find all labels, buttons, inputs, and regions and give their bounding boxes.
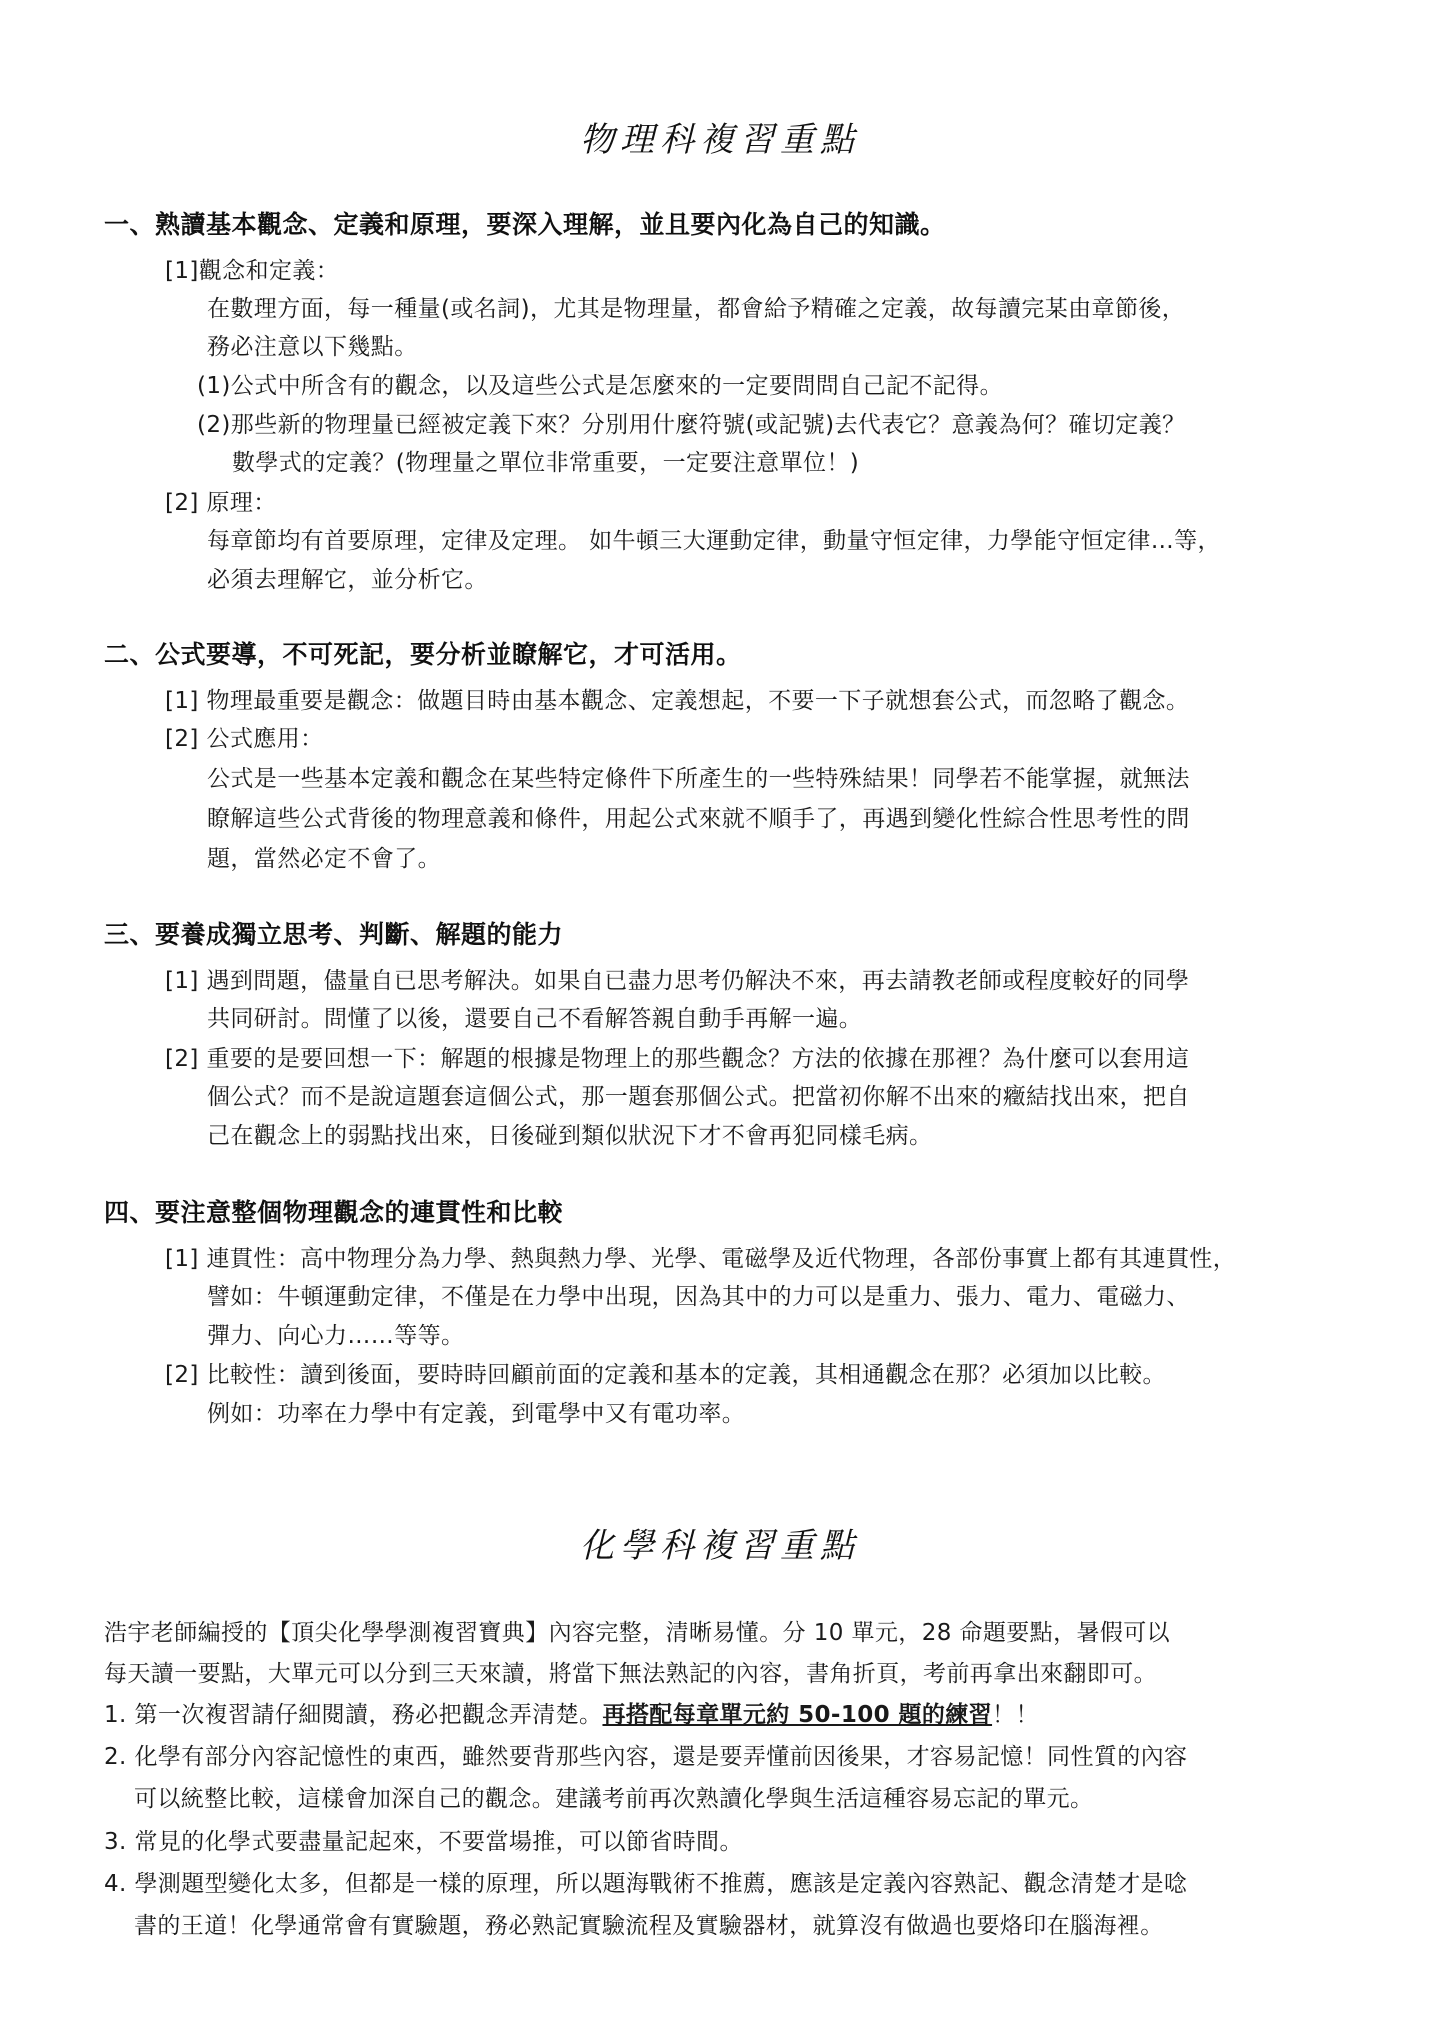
physics-s1-p2-text: 必須去理解它，並分析它。 xyxy=(207,561,488,594)
chemistry-item-1-emphasis: 再搭配每章單元約 50-100 題的練習 xyxy=(602,1702,992,1728)
chemistry-item-1-suffix: ！！ xyxy=(992,1702,1039,1728)
physics-s1-p1-label: [1]觀念和定義： xyxy=(165,252,339,285)
physics-s1-p1-item: (1)公式中所含有的觀念，以及這些公式是怎麼來的一定要問問自己記不記得。 xyxy=(197,367,1003,400)
physics-s3-p1: [1] 遇到問題，儘量自已思考解決。如果自已盡力思考仍解決不來，再去請教老師或程… xyxy=(165,962,1189,995)
physics-s1-p2-text: 每章節均有首要原理，定律及定理。 如牛頓三大運動定律，動量守恒定律，力學能守恒定… xyxy=(207,522,1221,555)
physics-s1-p1-item: (2)那些新的物理量已經被定義下來？分別用什麼符號(或記號)去代表它？意義為何？… xyxy=(197,406,1186,439)
physics-s3-p2: 個公式？而不是說這題套這個公式，那一題套那個公式。把當初你解不出來的癥結找出來，… xyxy=(207,1078,1190,1111)
physics-s1-p1-item: 數學式的定義？(物理量之單位非常重要，一定要注意單位！) xyxy=(232,444,859,477)
chemistry-item-1: 1. 第一次複習請仔細閱讀，務必把觀念弄清楚。再搭配每章單元約 50-100 題… xyxy=(104,1696,1039,1729)
physics-s4-p1: 譬如：牛頓運動定律，不僅是在力學中出現，因為其中的力可以是重力、張力、電力、電磁… xyxy=(207,1278,1190,1311)
chemistry-title: 化學科複習重點 xyxy=(0,1518,1440,1567)
document-page: 物理科複習重點 一、熟讀基本觀念、定義和原理，要深入理解，並且要內化為自己的知識… xyxy=(0,0,1440,2038)
chemistry-item-4: 書的王道！化學通常會有實驗題，務必熟記實驗流程及實驗器材，就算沒有做過也要烙印在… xyxy=(134,1907,1164,1940)
physics-s1-p2-label: [2] 原理： xyxy=(165,484,277,517)
chemistry-item-4: 4. 學測題型變化太多，但都是一樣的原理，所以題海戰術不推薦，應該是定義內容熟記… xyxy=(104,1865,1187,1898)
physics-s2-p2-text: 題，當然必定不會了。 xyxy=(207,840,441,873)
chemistry-item-3: 3. 常見的化學式要盡量記起來，不要當場推，可以節省時間。 xyxy=(104,1823,743,1856)
physics-s1-p1-text: 務必注意以下幾點。 xyxy=(207,328,418,361)
physics-s4-p1: 彈力、向心力……等等。 xyxy=(207,1317,464,1350)
physics-title: 物理科複習重點 xyxy=(0,112,1440,161)
physics-s2-p1: [1] 物理最重要是觀念：做題目時由基本觀念、定義想起，不要一下子就想套公式，而… xyxy=(165,682,1189,715)
physics-section-3-heading: 三、要養成獨立思考、判斷、解題的能力 xyxy=(104,915,563,951)
physics-s4-p2: [2] 比較性：讀到後面，要時時回顧前面的定義和基本的定義，其相通觀念在那？必須… xyxy=(165,1356,1166,1389)
chemistry-item-2: 2. 化學有部分內容記憶性的東西，雖然要背那些內容，還是要弄懂前因後果，才容易記… xyxy=(104,1738,1187,1771)
chemistry-intro: 浩宇老師編授的【頂尖化學學測複習寶典】內容完整，清晰易懂。分 10 單元，28 … xyxy=(104,1614,1170,1647)
chemistry-item-2: 可以統整比較，這樣會加深自己的觀念。建議考前再次熟讀化學與生活這種容易忘記的單元… xyxy=(134,1780,1093,1813)
physics-s2-p2-label: [2] 公式應用： xyxy=(165,720,324,753)
physics-s2-p2-text: 瞭解這些公式背後的物理意義和條件，用起公式來就不順手了，再遇到變化性綜合性思考性… xyxy=(207,800,1190,833)
physics-section-4-heading: 四、要注意整個物理觀念的連貫性和比較 xyxy=(104,1193,563,1229)
physics-s4-p1: [1] 連貫性：高中物理分為力學、熱與熱力學、光學、電磁學及近代物理，各部份事實… xyxy=(165,1240,1236,1273)
physics-s2-p2-text: 公式是一些基本定義和觀念在某些特定條件下所產生的一些特殊結果！同學若不能掌握，就… xyxy=(207,760,1190,793)
physics-section-2-heading: 二、公式要導，不可死記，要分析並瞭解它，才可活用。 xyxy=(104,635,742,671)
chemistry-intro: 每天讀一要點，大單元可以分到三天來讀，將當下無法熟記的內容，書角折頁，考前再拿出… xyxy=(104,1655,1157,1688)
physics-s3-p1: 共同研討。問懂了以後，還要自己不看解答親自動手再解一遍。 xyxy=(207,1000,862,1033)
physics-section-1-heading: 一、熟讀基本觀念、定義和原理，要深入理解，並且要內化為自己的知識。 xyxy=(104,205,946,241)
physics-s3-p2: [2] 重要的是要回想一下：解題的根據是物理上的那些觀念？方法的依據在那裡？為什… xyxy=(165,1040,1189,1073)
physics-s4-p2: 例如：功率在力學中有定義，到電學中又有電功率。 xyxy=(207,1395,745,1428)
physics-s1-p1-text: 在數理方面，每一種量(或名詞)，尤其是物理量，都會給予精確之定義，故每讀完某由章… xyxy=(207,290,1185,323)
chemistry-item-1-text: 1. 第一次複習請仔細閱讀，務必把觀念弄清楚。 xyxy=(104,1702,602,1728)
physics-s3-p2: 己在觀念上的弱點找出來，日後碰到類似狀況下才不會再犯同樣毛病。 xyxy=(207,1117,932,1150)
